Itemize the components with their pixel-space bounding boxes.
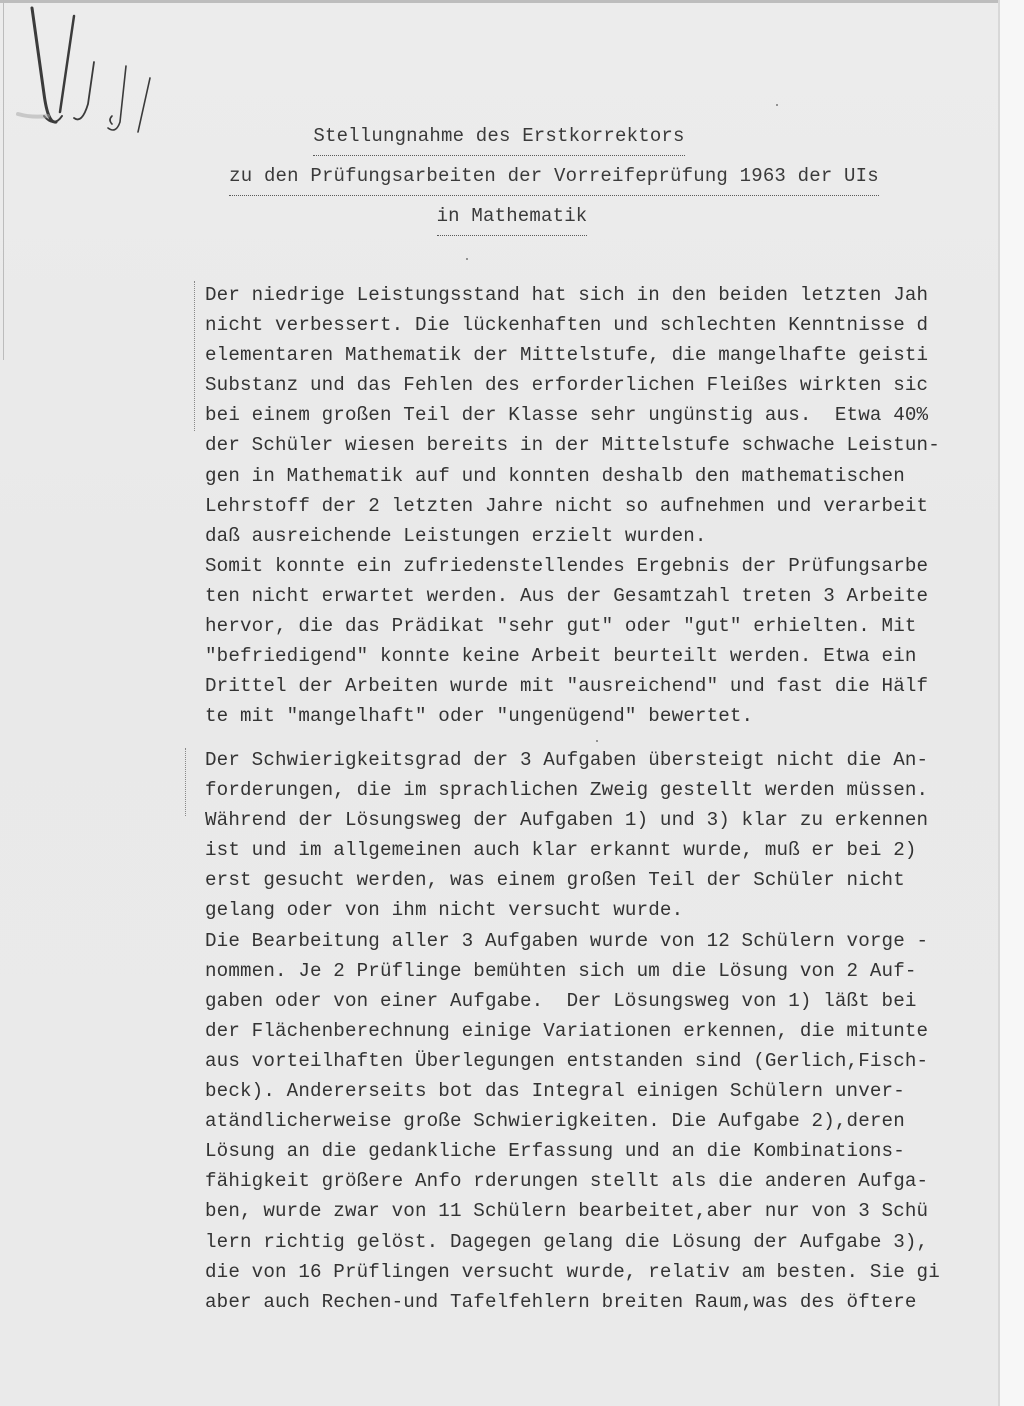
text-line: der Schüler wiesen bereits in der Mittel… (205, 430, 995, 460)
text-line: bei einem großen Teil der Klasse sehr un… (205, 400, 995, 430)
text-line: te mit "mangelhaft" oder "ungenügend" be… (205, 701, 995, 731)
text-line: atändlicherweise große Schwierigkeiten. … (205, 1106, 995, 1136)
text-line: gaben oder von einer Aufgabe. Der Lösung… (205, 986, 995, 1016)
text-line: Während der Lösungsweg der Aufgaben 1) u… (205, 805, 995, 835)
text-line: lern richtig gelöst. Dagegen gelang die … (205, 1227, 995, 1257)
text-line: nommen. Je 2 Prüflinge bemühten sich um … (205, 956, 995, 986)
text-line: Drittel der Arbeiten wurde mit "ausreich… (205, 671, 995, 701)
text-line: gen in Mathematik auf und konnten deshal… (205, 461, 995, 491)
text-line: Der Schwierigkeitsgrad der 3 Aufgaben üb… (205, 745, 995, 775)
text-line: nicht verbessert. Die lückenhaften und s… (205, 310, 995, 340)
text-line: beck). Andererseits bot das Integral ein… (205, 1076, 995, 1106)
scan-speck (466, 258, 468, 260)
margin-mark-paragraph-1 (194, 281, 196, 431)
text-line: Somit konnte ein zufriedenstellendes Erg… (205, 551, 995, 581)
text-line: Der niedrige Leistungsstand hat sich in … (205, 280, 995, 310)
scan-speck (596, 740, 598, 742)
text-line: der Flächenberechnung einige Variationen… (205, 1016, 995, 1046)
text-line: hervor, die das Prädikat "sehr gut" oder… (205, 611, 995, 641)
text-line: aber auch Rechen-und Tafelfehlern breite… (205, 1287, 995, 1317)
text-line: Die Bearbeitung aller 3 Aufgaben wurde v… (205, 926, 995, 956)
scanned-page: V U.J. Stellungnahme des Erstkorrektors … (0, 0, 1000, 1406)
text-line: "befriedigend" konnte keine Arbeit beurt… (205, 641, 995, 671)
text-line: die von 16 Prüflingen versucht wurde, re… (205, 1257, 995, 1287)
text-line: elementaren Mathematik der Mittelstufe, … (205, 340, 995, 370)
text-line: ten nicht erwartet werden. Aus der Gesam… (205, 581, 995, 611)
paragraph-2: Der Schwierigkeitsgrad der 3 Aufgaben üb… (205, 745, 995, 1317)
scan-background-strip (1000, 0, 1024, 1406)
scan-speck (776, 104, 778, 106)
document-title: Stellungnahme des Erstkorrektors zu den … (0, 118, 998, 238)
text-line: forderungen, die im sprachlichen Zweig g… (205, 775, 995, 805)
text-line: ist und im allgemeinen auch klar erkannt… (205, 835, 995, 865)
text-line: Substanz und das Fehlen des erforderlich… (205, 370, 995, 400)
margin-mark-paragraph-2 (185, 748, 187, 816)
title-line-3: in Mathematik (437, 198, 588, 236)
text-line: fähigkeit größere Anfo rderungen stellt … (205, 1166, 995, 1196)
paragraph-1: Der niedrige Leistungsstand hat sich in … (205, 280, 995, 731)
text-line: gelang oder von ihm nicht versucht wurde… (205, 895, 995, 925)
text-line: Lehrstoff der 2 letzten Jahre nicht so a… (205, 491, 995, 521)
text-line: erst gesucht werden, was einem großen Te… (205, 865, 995, 895)
text-line: aus vorteilhaften Überlegungen entstande… (205, 1046, 995, 1076)
text-line: Lösung an die gedankliche Erfassung und … (205, 1136, 995, 1166)
title-line-1: Stellungnahme des Erstkorrektors (313, 118, 684, 156)
handwritten-initials-mark: V U.J. (8, 4, 158, 134)
text-line: ben, wurde zwar von 11 Schülern bearbeit… (205, 1196, 995, 1226)
text-line: daß ausreichende Leistungen erzielt wurd… (205, 521, 995, 551)
title-line-2: zu den Prüfungsarbeiten der Vorreifeprüf… (229, 158, 879, 196)
